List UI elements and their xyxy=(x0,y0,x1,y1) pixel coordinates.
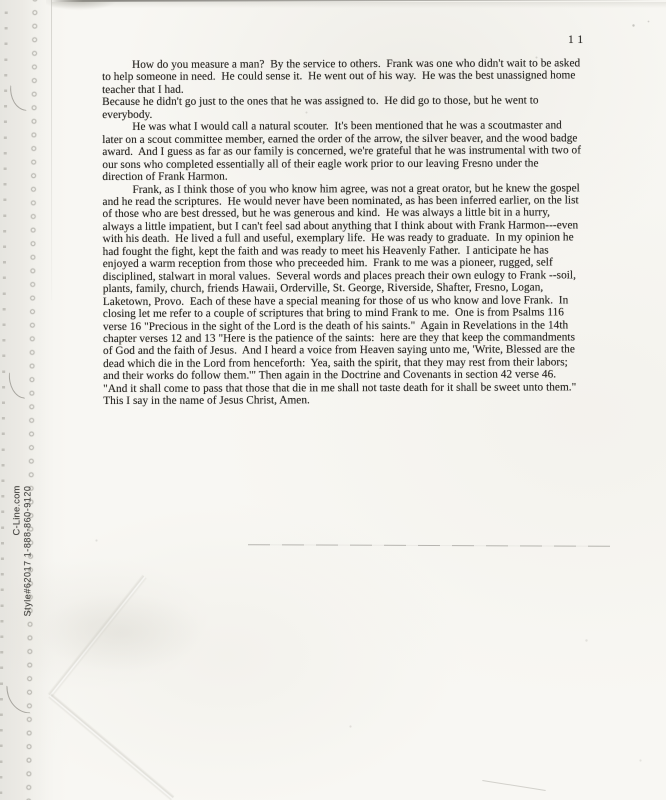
cline-brand-label: C-Line.com xyxy=(11,486,23,650)
cline-style-label: Style#62017 1-888-860-9120 xyxy=(22,486,34,650)
scanned-document: 11 How do you measure a man? By the serv… xyxy=(0,0,666,800)
paper-left-edge xyxy=(51,0,52,300)
page-number: 11 xyxy=(568,34,587,46)
scan-speckles xyxy=(0,0,1,1)
paragraph-because: Because he didn't go just to the ones th… xyxy=(102,95,581,122)
paragraph-measure-a-man: How do you measure a man? By the service… xyxy=(102,57,581,96)
sheet-protector-label: C-Line.com Style#62017 1-888-860-9120 xyxy=(11,486,34,650)
paragraph-closing: This I say in the name of Jesus Christ, … xyxy=(103,394,582,408)
paragraph-eulogy-scriptures: Frank, as I think those of you who know … xyxy=(102,182,582,395)
document-text: How do you measure a man? By the service… xyxy=(102,57,582,407)
corner-smudge xyxy=(46,0,130,14)
bottom-left-smudge xyxy=(40,585,220,680)
page-top-edge-shadow xyxy=(52,2,666,8)
paragraph-natural-scouter: He was what I would call a natural scout… xyxy=(102,120,581,184)
